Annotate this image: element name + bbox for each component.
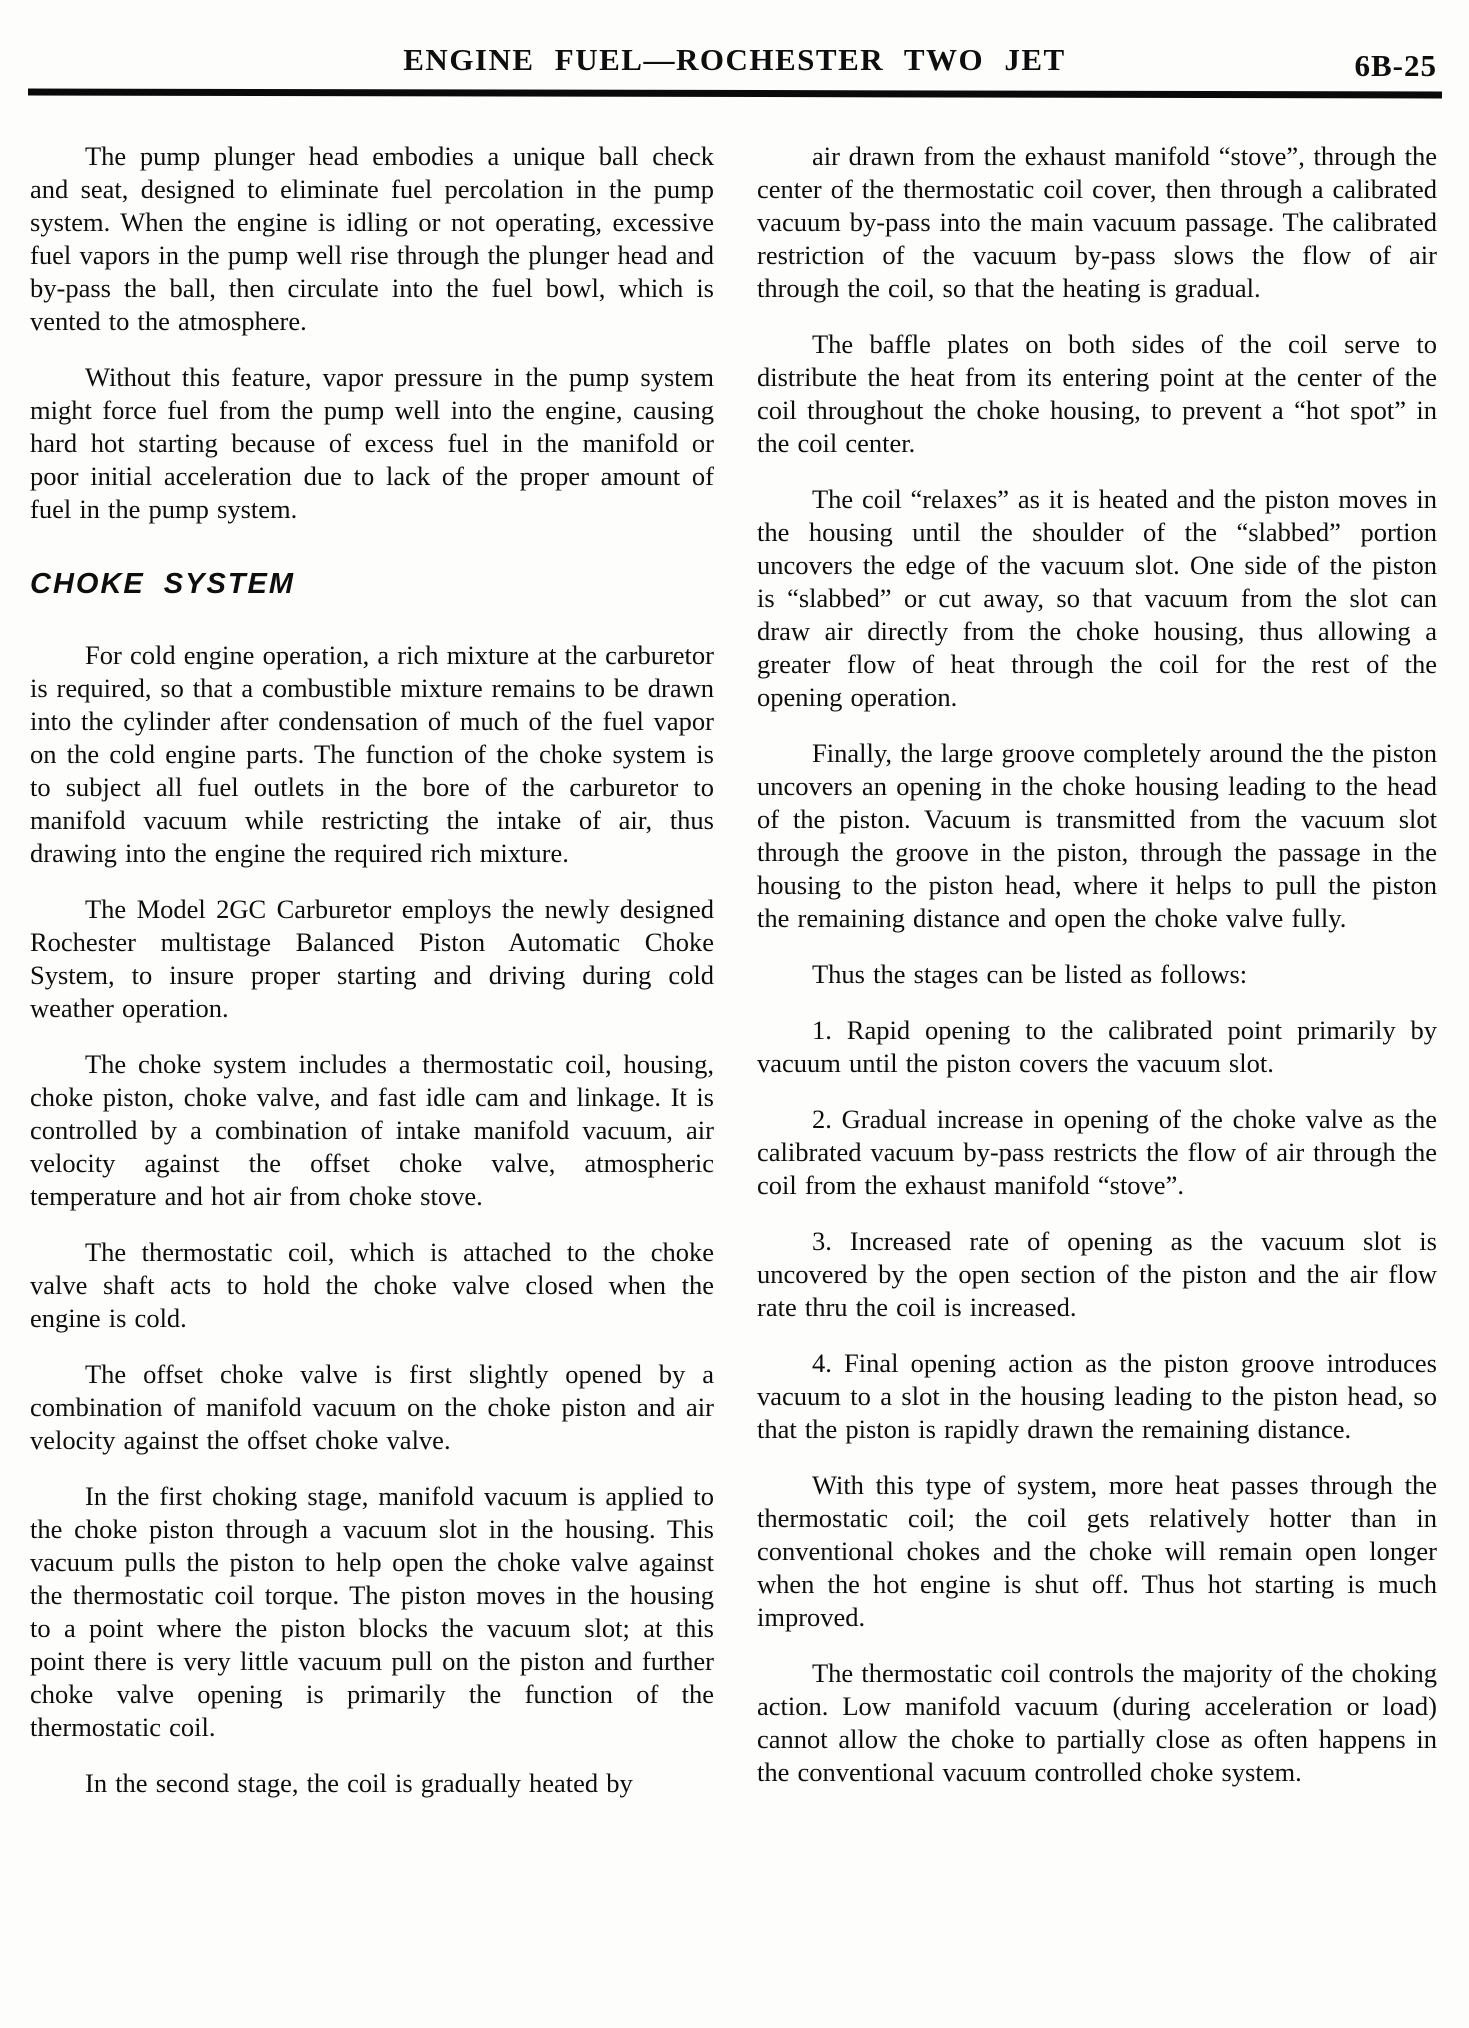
right-paragraph-11: The thermostatic coil controls the major…	[757, 1657, 1437, 1789]
right-list-item-1: 1. Rapid opening to the calibrated point…	[757, 1014, 1437, 1080]
section-heading-choke-system: CHOKE SYSTEM	[30, 568, 714, 601]
right-paragraph-5: Thus the stages can be listed as follows…	[757, 958, 1437, 991]
right-list-item-3: 3. Increased rate of opening as the vacu…	[757, 1225, 1437, 1324]
running-head: ENGINE FUEL—ROCHESTER TWO JET 6B-25	[0, 42, 1469, 92]
right-paragraph-2: The baffle plates on both sides of the c…	[757, 328, 1437, 460]
page-title: ENGINE FUEL—ROCHESTER TWO JET	[0, 42, 1469, 78]
right-list-item-4: 4. Final opening action as the piston gr…	[757, 1347, 1437, 1446]
right-paragraph-3: The coil “relaxes” as it is heated and t…	[757, 483, 1437, 714]
left-paragraph-4: The Model 2GC Carburetor employs the new…	[30, 893, 714, 1025]
right-list-item-2: 2. Gradual increase in opening of the ch…	[757, 1103, 1437, 1202]
left-column: The pump plunger head embodies a unique …	[30, 140, 714, 1823]
left-paragraph-7: The offset choke valve is first slightly…	[30, 1358, 714, 1457]
right-paragraph-1: air drawn from the exhaust manifold “sto…	[757, 140, 1437, 305]
right-paragraph-4: Finally, the large groove completely aro…	[757, 737, 1437, 935]
left-paragraph-1: The pump plunger head embodies a unique …	[30, 140, 714, 338]
left-paragraph-3: For cold engine operation, a rich mixtur…	[30, 639, 714, 870]
left-paragraph-2: Without this feature, vapor pressure in …	[30, 361, 714, 526]
left-paragraph-9: In the second stage, the coil is gradual…	[30, 1767, 714, 1800]
left-paragraph-6: The thermostatic coil, which is attached…	[30, 1236, 714, 1335]
left-paragraph-5: The choke system includes a thermostatic…	[30, 1048, 714, 1213]
left-paragraph-8: In the first choking stage, manifold vac…	[30, 1480, 714, 1744]
page-number: 6B-25	[1355, 48, 1438, 84]
right-column: air drawn from the exhaust manifold “sto…	[757, 140, 1437, 1812]
right-paragraph-10: With this type of system, more heat pass…	[757, 1469, 1437, 1634]
manual-page: ENGINE FUEL—ROCHESTER TWO JET 6B-25 The …	[0, 0, 1469, 2028]
